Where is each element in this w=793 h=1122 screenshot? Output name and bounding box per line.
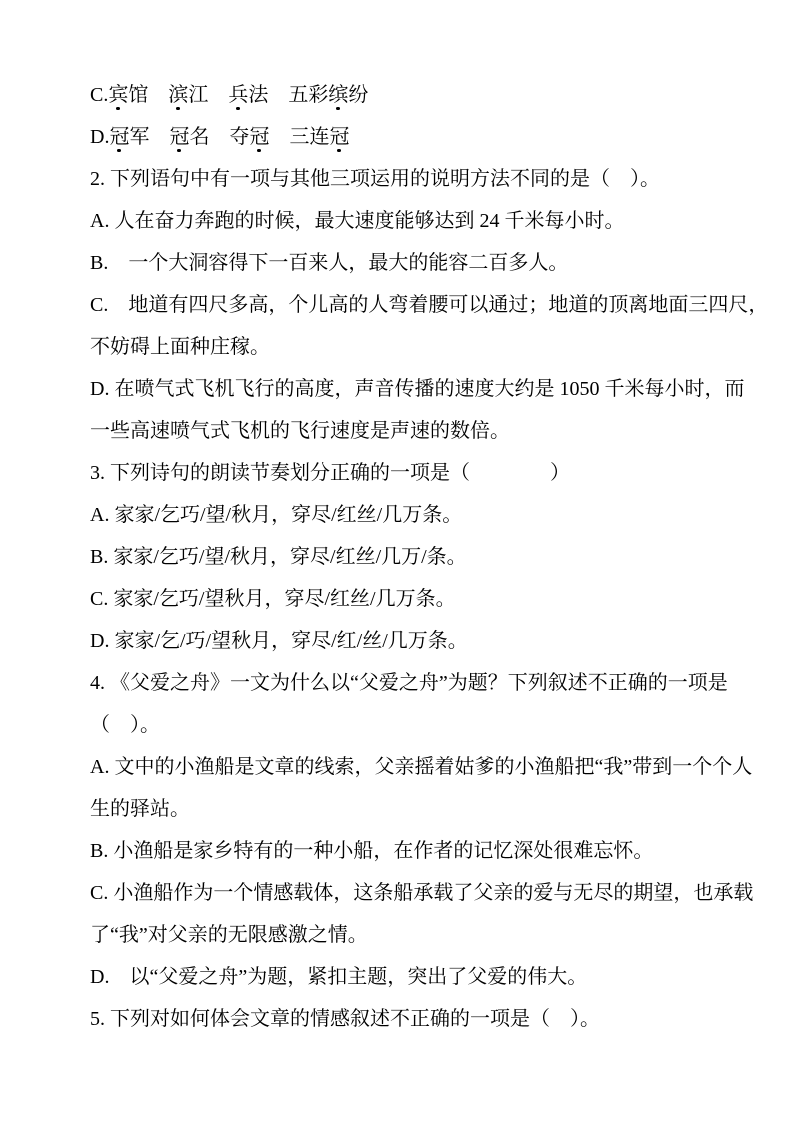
q5-stem: 5. 下列对如何体会文章的情感叙述不正确的一项是（ ）。	[90, 998, 750, 1040]
emphasis-char: 宾	[108, 84, 128, 106]
document-page: C.宾馆 滨江 兵法 五彩缤纷D.冠军 冠名 夺冠 三连冠2. 下列语句中有一项…	[90, 74, 750, 1040]
q2-option-b: B. 一个大洞容得下一百来人，最大的能容二百多人。	[90, 242, 750, 284]
q2-stem: 2. 下列语句中有一项与其他三项运用的说明方法不同的是（ ）。	[90, 158, 750, 200]
q1-option-d: D.冠军 冠名 夺冠 三连冠	[90, 116, 750, 158]
q3-option-a: A. 家家/乞巧/望/秋月，穿尽/红丝/几万条。	[90, 494, 750, 536]
emphasis-char: 冠	[109, 126, 129, 148]
q4-option-c-line1: C. 小渔船作为一个情感载体，这条船承载了父亲的爱与无尽的期望，也承载	[90, 872, 750, 914]
q2-option-d-line1: D. 在喷气式飞机飞行的高度，声音传播的速度大约是 1050 千米每小时，而	[90, 368, 750, 410]
q2-option-c-line2: 不妨碍上面种庄稼。	[90, 326, 750, 368]
q3-option-c: C. 家家/乞巧/望秋月，穿尽/红丝/几万条。	[90, 578, 750, 620]
emphasis-char: 冠	[329, 126, 349, 148]
emphasis-char: 滨	[168, 84, 188, 106]
emphasis-char: 冠	[249, 126, 269, 148]
q3-stem: 3. 下列诗句的朗读节奏划分正确的一项是（ ）	[90, 452, 750, 494]
q4-stem-line2: （ ）。	[90, 704, 750, 746]
q2-option-a: A. 人在奋力奔跑的时候，最大速度能够达到 24 千米每小时。	[90, 200, 750, 242]
q4-option-a-line2: 生的驿站。	[90, 788, 750, 830]
q3-option-d: D. 家家/乞/巧/望秋月，穿尽/红/丝/几万条。	[90, 620, 750, 662]
q4-option-c-line2: 了“我”对父亲的无限感激之情。	[90, 914, 750, 956]
q4-option-a-line1: A. 文中的小渔船是文章的线索，父亲摇着姑爹的小渔船把“我”带到一个个人	[90, 746, 750, 788]
emphasis-char: 兵	[228, 84, 248, 106]
q1-option-c: C.宾馆 滨江 兵法 五彩缤纷	[90, 74, 750, 116]
emphasis-char: 冠	[169, 126, 189, 148]
q4-option-b: B. 小渔船是家乡特有的一种小船，在作者的记忆深处很难忘怀。	[90, 830, 750, 872]
q4-option-d: D. 以“父爱之舟”为题，紧扣主题，突出了父爱的伟大。	[90, 956, 750, 998]
q2-option-c-line1: C. 地道有四尺多高，个儿高的人弯着腰可以通过；地道的顶离地面三四尺，	[90, 284, 750, 326]
q3-option-b: B. 家家/乞巧/望/秋月，穿尽/红丝/几万/条。	[90, 536, 750, 578]
q2-option-d-line2: 一些高速喷气式飞机的飞行速度是声速的数倍。	[90, 410, 750, 452]
emphasis-char: 缤	[328, 84, 348, 106]
q4-stem-line1: 4. 《父爱之舟》一文为什么以“父爱之舟”为题？下列叙述不正确的一项是	[90, 662, 750, 704]
